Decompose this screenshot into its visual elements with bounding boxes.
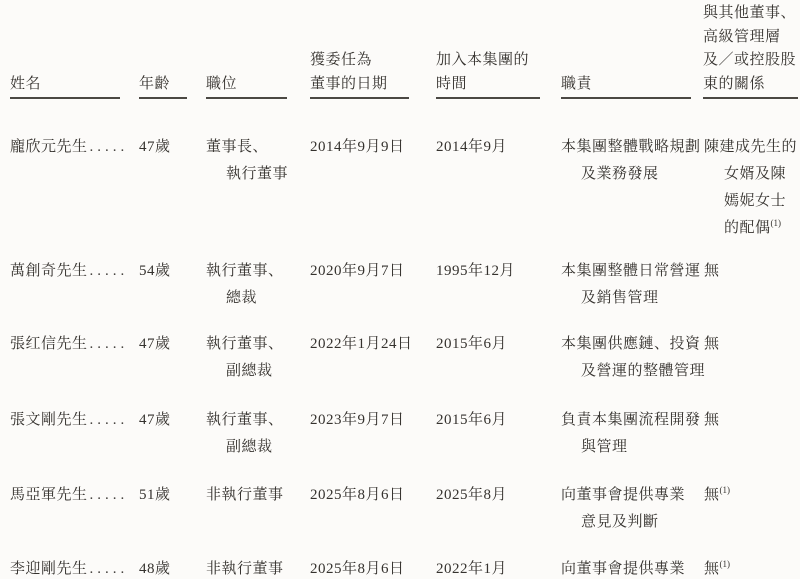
cell-position: 董事長、 執行董事	[206, 134, 288, 188]
cell-relation: 無(1)	[704, 482, 730, 509]
header-line: 時間	[436, 73, 529, 97]
duty-line: 本集團供應鏈、投資	[561, 331, 705, 358]
header-rule-name	[10, 97, 120, 99]
leader-dots: .....	[88, 336, 129, 352]
duty-line: 及業務發展	[561, 161, 701, 188]
duty-line: 本集團整體戰略規劃	[561, 134, 701, 161]
cell-name: 張文剛先生.....	[10, 407, 128, 434]
duty-line: 與管理	[561, 434, 701, 461]
header-line: 董事的日期	[310, 73, 388, 97]
duty-line: 及營運的整體管理	[561, 358, 705, 385]
cell-name: 萬創奇先生.....	[10, 258, 128, 285]
duty-line: 及銷售管理	[561, 285, 701, 312]
leader-dots: .....	[88, 139, 129, 155]
relation-line: 女婿及陳	[704, 161, 797, 188]
header-line: 獲委任為	[310, 49, 388, 73]
director-name: 萬創奇先生	[10, 263, 88, 279]
cell-appointed-date: 2022年1月24日	[310, 331, 413, 358]
col-header-duty: 職責	[561, 0, 592, 96]
position-line: 執行董事、	[206, 331, 284, 358]
col-header-name: 姓名	[10, 0, 41, 96]
cell-duty: 本集團供應鏈、投資 及營運的整體管理	[561, 331, 705, 385]
header-line: 及／或控股股	[703, 49, 796, 73]
cell-name: 馬亞軍先生.....	[10, 482, 128, 509]
cell-relation: 無	[704, 407, 720, 434]
cell-joined-date: 2022年1月	[436, 556, 507, 579]
cell-age: 47歲	[139, 407, 171, 434]
cell-joined-date: 2015年6月	[436, 407, 507, 434]
cell-appointed-date: 2014年9月9日	[310, 134, 405, 161]
cell-joined-date: 1995年12月	[436, 258, 515, 285]
position-line: 非執行董事	[206, 556, 284, 579]
position-line: 執行董事	[206, 161, 288, 188]
duty-line: 向董事會提供專業	[561, 482, 685, 509]
position-line: 總裁	[206, 285, 284, 312]
director-name: 馬亞軍先生	[10, 487, 88, 503]
col-header-position: 職位	[206, 0, 237, 96]
cell-joined-date: 2015年6月	[436, 331, 507, 358]
position-line: 執行董事、	[206, 258, 284, 285]
director-name: 張红信先生	[10, 336, 88, 352]
cell-relation: 無(1)	[704, 556, 730, 579]
cell-age: 47歲	[139, 331, 171, 358]
header-rule-position	[206, 97, 287, 99]
cell-appointed-date: 2023年9月7日	[310, 407, 405, 434]
header-rule-age	[139, 97, 187, 99]
cell-duty: 向董事會提供專業 意見及判斷	[561, 482, 685, 536]
relation-line: 無(1)	[704, 556, 730, 579]
cell-age: 47歲	[139, 134, 171, 161]
cell-relation: 無	[704, 331, 720, 358]
cell-name: 張红信先生.....	[10, 331, 128, 358]
leader-dots: .....	[88, 412, 129, 428]
col-header-appointed: 獲委任為 董事的日期	[310, 0, 388, 96]
cell-name: 李迎剛先生.....	[10, 556, 128, 579]
leader-dots: .....	[88, 561, 129, 577]
cell-position: 執行董事、 副總裁	[206, 331, 284, 385]
cell-joined-date: 2025年8月	[436, 482, 507, 509]
relation-line: 陳建成先生的	[704, 134, 797, 161]
header-line: 加入本集團的	[436, 49, 529, 73]
footnote-marker: (1)	[720, 559, 731, 569]
cell-appointed-date: 2025年8月6日	[310, 556, 405, 579]
cell-age: 48歲	[139, 556, 171, 579]
header-line: 東的關係	[703, 73, 796, 97]
position-line: 董事長、	[206, 134, 288, 161]
footnote-marker: (1)	[720, 485, 731, 495]
relation-line: 無	[704, 331, 720, 358]
header-line: 姓名	[10, 73, 41, 97]
cell-age: 54歲	[139, 258, 171, 285]
cell-appointed-date: 2020年9月7日	[310, 258, 405, 285]
cell-position: 非執行董事	[206, 482, 284, 509]
cell-duty: 向董事會提供專業	[561, 556, 685, 579]
position-line: 非執行董事	[206, 482, 284, 509]
cell-position: 執行董事、 副總裁	[206, 407, 284, 461]
position-line: 副總裁	[206, 434, 284, 461]
cell-duty: 本集團整體日常營運 及銷售管理	[561, 258, 701, 312]
cell-name: 龐欣元先生.....	[10, 134, 128, 161]
duty-line: 負責本集團流程開發	[561, 407, 701, 434]
leader-dots: .....	[88, 263, 129, 279]
cell-joined-date: 2014年9月	[436, 134, 507, 161]
col-header-relation: 與其他董事、 高級管理層 及／或控股股 東的關係	[703, 0, 796, 96]
header-rule-duty	[561, 97, 691, 99]
director-name: 李迎剛先生	[10, 561, 88, 577]
relation-line: 無(1)	[704, 482, 730, 509]
duty-line: 意見及判斷	[561, 509, 685, 536]
cell-age: 51歲	[139, 482, 171, 509]
duty-line: 本集團整體日常營運	[561, 258, 701, 285]
cell-duty: 負責本集團流程開發 與管理	[561, 407, 701, 461]
header-line: 年齡	[139, 73, 170, 97]
document-page: 姓名 年齡 職位 獲委任為 董事的日期 加入本集團的 時間 職責 與其他董事、 …	[0, 0, 800, 579]
col-header-age: 年齡	[139, 0, 170, 96]
relation-line: 的配偶(1)	[704, 215, 797, 242]
cell-relation: 陳建成先生的 女婿及陳 嫣妮女士 的配偶(1)	[704, 134, 797, 242]
header-line: 與其他董事、	[703, 2, 796, 26]
relation-line: 嫣妮女士	[704, 188, 797, 215]
cell-appointed-date: 2025年8月6日	[310, 482, 405, 509]
header-rule-joined	[436, 97, 540, 99]
position-line: 副總裁	[206, 358, 284, 385]
cell-relation: 無	[704, 258, 720, 285]
position-line: 執行董事、	[206, 407, 284, 434]
relation-line: 無	[704, 407, 720, 434]
leader-dots: .....	[88, 487, 129, 503]
relation-line: 無	[704, 258, 720, 285]
header-line: 高級管理層	[703, 26, 796, 50]
cell-position: 非執行董事	[206, 556, 284, 579]
header-line: 職責	[561, 73, 592, 97]
director-name: 張文剛先生	[10, 412, 88, 428]
header-line: 職位	[206, 73, 237, 97]
cell-position: 執行董事、 總裁	[206, 258, 284, 312]
header-rule-appointed	[310, 97, 409, 99]
footnote-marker: (1)	[771, 218, 782, 228]
cell-duty: 本集團整體戰略規劃 及業務發展	[561, 134, 701, 188]
duty-line: 向董事會提供專業	[561, 556, 685, 579]
header-rule-relation	[703, 97, 798, 99]
col-header-joined: 加入本集團的 時間	[436, 0, 529, 96]
director-name: 龐欣元先生	[10, 139, 88, 155]
